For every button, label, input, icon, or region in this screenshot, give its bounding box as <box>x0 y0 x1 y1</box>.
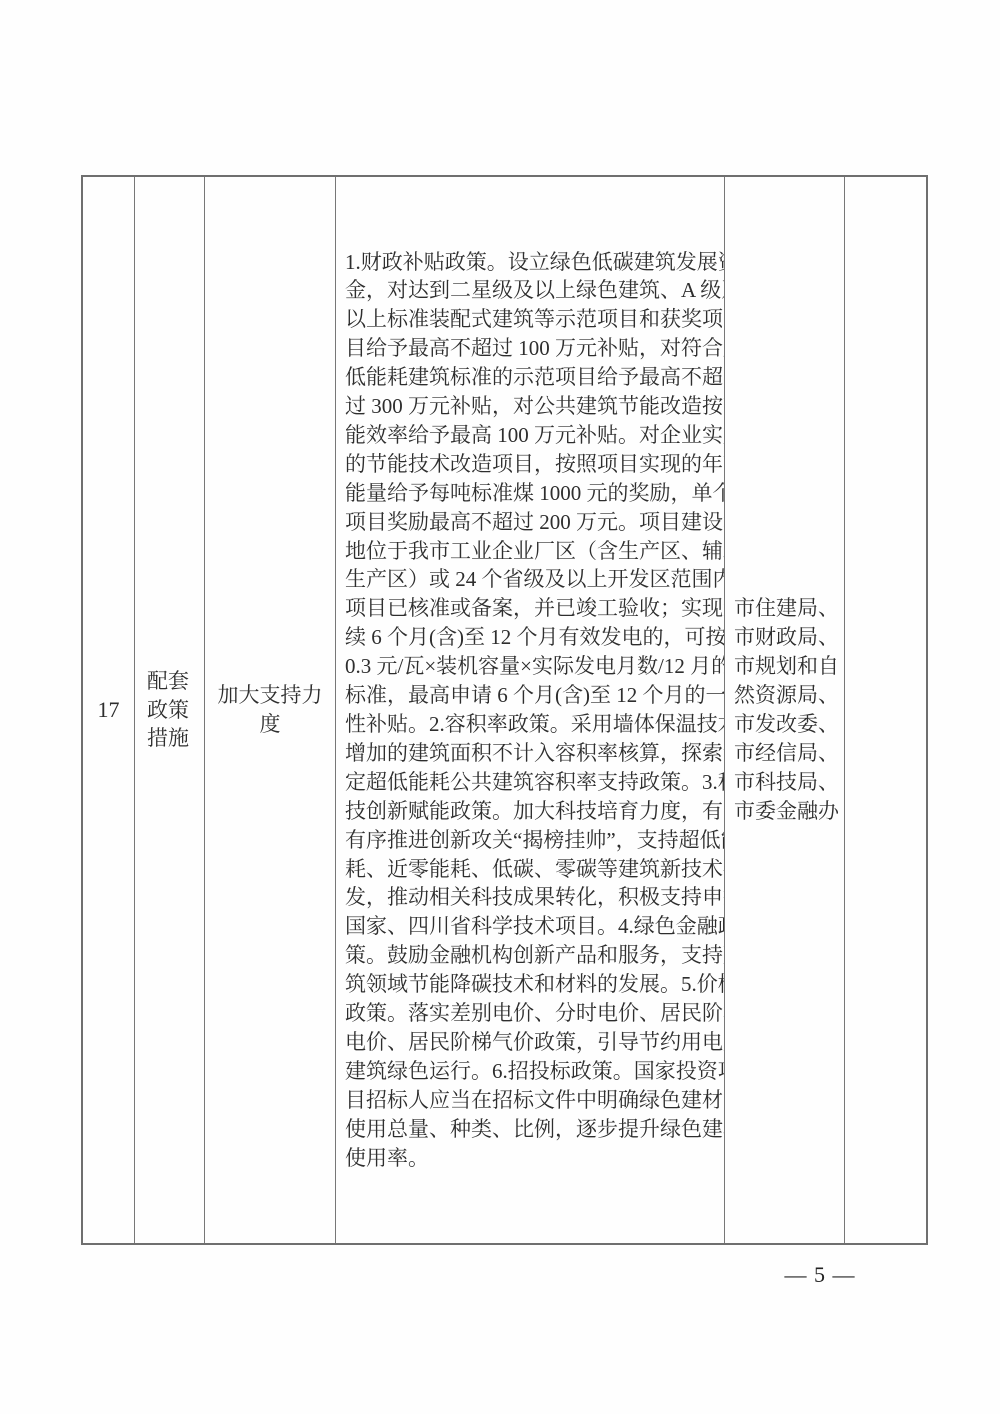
text-line: 目招标人应当在招标文件中明确绿色建材 <box>345 1086 716 1115</box>
text-line: 加大支持力 <box>218 681 323 710</box>
text-line: 措施 <box>147 724 204 753</box>
text-line: 续 6 个月(含)至 12 个月有效发电的，可按 <box>345 623 716 652</box>
text-line: 地位于我市工业企业厂区（含生产区、辅助 <box>345 537 716 566</box>
text-line: 0.3 元/瓦×装机容量×实际发电月数/12 月的 <box>345 652 716 681</box>
text-line: 市发改委、 <box>734 710 840 739</box>
text-line: 标准，最高申请 6 个月(含)至 12 个月的一次 <box>345 681 716 710</box>
policy-measures-table: 17 配套政策措施 加大支持力度 1.财政补贴政策。设立绿色低碳建筑发展资金，对… <box>81 175 928 1245</box>
text-line: 市规划和自 <box>734 652 840 681</box>
text-line: 增加的建筑面积不计入容积率核算，探索制 <box>345 739 716 768</box>
text-line: 配套 <box>147 667 204 696</box>
text-line: 定超低能耗公共建筑容积率支持政策。3.科 <box>345 768 716 797</box>
text-line: 能效率给予最高 100 万元补贴。对企业实施 <box>345 421 716 450</box>
text-line: 技创新赋能政策。加大科技培育力度，有力 <box>345 797 716 826</box>
text-line: 项目已核准或备案，并已竣工验收；实现连 <box>345 594 716 623</box>
text-line: 金，对达到二星级及以上绿色建筑、A 级及 <box>345 276 716 305</box>
text-line: 低能耗建筑标准的示范项目给予最高不超 <box>345 363 716 392</box>
remark-cell <box>845 177 926 1243</box>
text-line: 1.财政补贴政策。设立绿色低碳建筑发展资 <box>345 248 716 277</box>
text-line: 耗、近零能耗、低碳、零碳等建筑新技术研 <box>345 855 716 884</box>
text-line: 电价、居民阶梯气价政策，引导节约用电及 <box>345 1028 716 1057</box>
text-line: 生产区）或 24 个省级及以上开发区范围内； <box>345 565 716 594</box>
text-line: 发，推动相关科技成果转化，积极支持申报 <box>345 883 716 912</box>
text-line: 过 300 万元补贴，对公共建筑节能改造按节 <box>345 392 716 421</box>
text-line: 政策 <box>147 696 204 725</box>
text-line: 策。鼓励金融机构创新产品和服务，支持建 <box>345 941 716 970</box>
text-line: 筑领域节能降碳技术和材料的发展。5.价格 <box>345 970 716 999</box>
page-number: — 5 — <box>770 1262 870 1288</box>
text-line: 以上标准装配式建筑等示范项目和获奖项 <box>345 305 716 334</box>
category-cell: 配套政策措施 <box>135 177 205 1243</box>
text-line: 然资源局、 <box>734 681 840 710</box>
text-line: 能量给予每吨标准煤 1000 元的奖励，单个 <box>345 479 716 508</box>
text-line: 建筑绿色运行。6.招投标政策。国家投资项 <box>345 1057 716 1086</box>
text-line: 性补贴。2.容积率政策。采用墙体保温技术 <box>345 710 716 739</box>
text-line: 目给予最高不超过 100 万元补贴，对符合超 <box>345 334 716 363</box>
text-line: 市财政局、 <box>734 623 840 652</box>
text-line: 项目奖励最高不超过 200 万元。项目建设场 <box>345 508 716 537</box>
text-line: 的节能技术改造项目，按照项目实现的年节 <box>345 450 716 479</box>
text-line: 度 <box>260 710 281 739</box>
departments-cell: 市住建局、市财政局、市规划和自然资源局、市发改委、市经信局、市科技局、市委金融办 <box>725 177 845 1243</box>
text-line: 有序推进创新攻关“揭榜挂帅”，支持超低能 <box>345 826 716 855</box>
text-line: 市住建局、 <box>734 594 840 623</box>
row-index-cell: 17 <box>83 177 135 1243</box>
text-line: 政策。落实差别电价、分时电价、居民阶梯 <box>345 999 716 1028</box>
text-line: 市委金融办 <box>734 797 840 826</box>
text-line: 使用率。 <box>345 1144 716 1173</box>
row-index: 17 <box>98 696 120 725</box>
policy-content-cell: 1.财政补贴政策。设立绿色低碳建筑发展资金，对达到二星级及以上绿色建筑、A 级及… <box>336 177 725 1243</box>
text-line: 市科技局、 <box>734 768 840 797</box>
text-line: 市经信局、 <box>734 739 840 768</box>
measure-cell: 加大支持力度 <box>205 177 336 1243</box>
text-line: 国家、四川省科学技术项目。4.绿色金融政 <box>345 912 716 941</box>
document-page: 17 配套政策措施 加大支持力度 1.财政补贴政策。设立绿色低碳建筑发展资金，对… <box>0 0 1000 1414</box>
text-line: 使用总量、种类、比例，逐步提升绿色建材 <box>345 1115 716 1144</box>
